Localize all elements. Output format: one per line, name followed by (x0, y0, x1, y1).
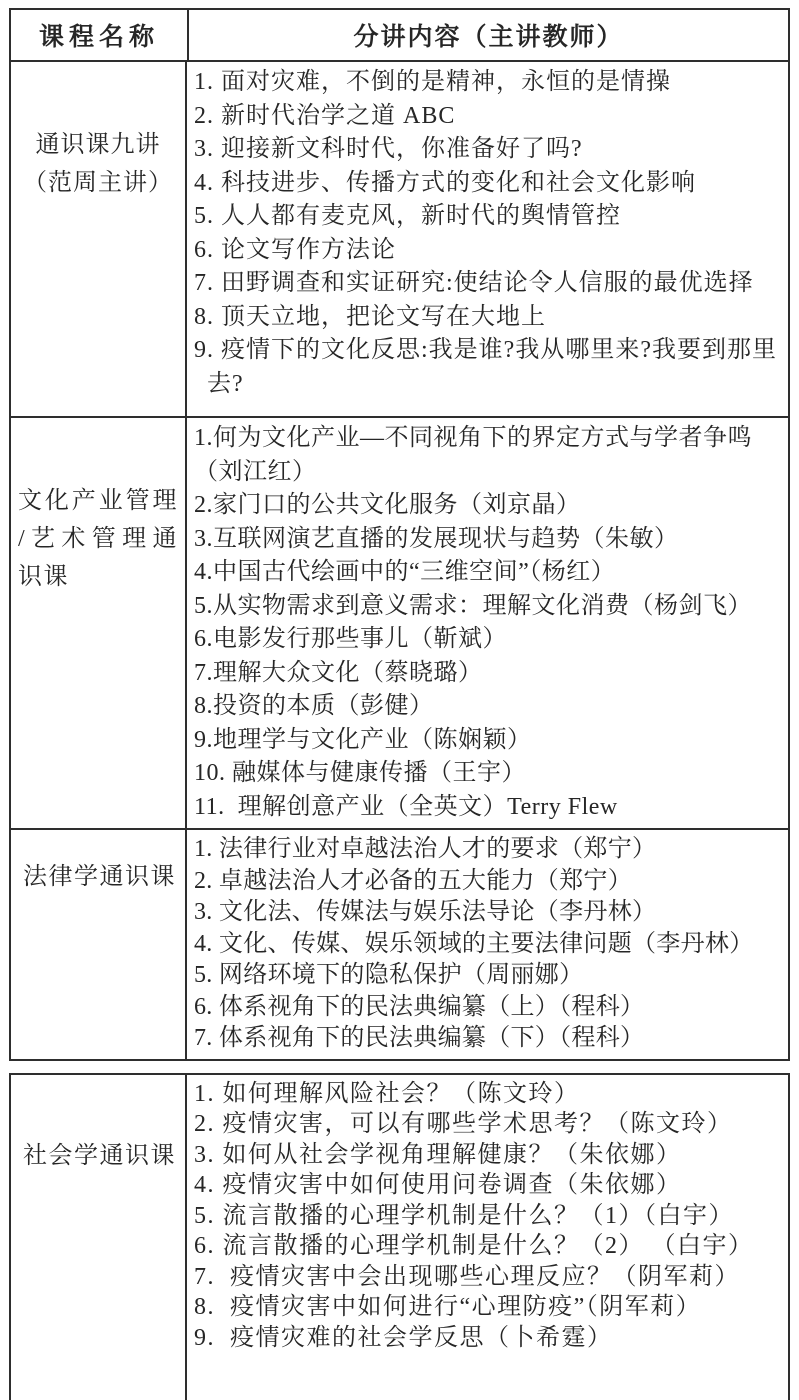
lecture-item: 4. 疫情灾害中如何使用问卷调查（朱依娜） (194, 1170, 784, 1201)
lecture-item: 4. 文化、传媒、娱乐领域的主要法律问题（李丹林） (194, 929, 784, 961)
lecture-item: 4.中国古代绘画中的“三维空间”（杨红） (194, 556, 784, 590)
course-row: 法律学通识课1. 法律行业对卓越法治人才的要求（郑宁）2. 卓越法治人才必备的五… (11, 828, 788, 1059)
course-row: 文化产业管理/艺术管理通识课1.何为文化产业—不同视角下的界定方式与学者争鸣（刘… (11, 416, 788, 828)
lecture-item: 5.从实物需求到意义需求：理解文化消费（杨剑飞） (194, 590, 784, 624)
lecture-item: 9. 疫情下的文化反思:我是谁?我从哪里来?我要到那里去? (194, 334, 784, 401)
lecture-item: 9. 疫情灾难的社会学反思（卜希霆） (194, 1323, 784, 1354)
course-row: 社会学通识课1. 如何理解风险社会？（陈文玲）2. 疫情灾害，可以有哪些学术思考… (11, 1075, 788, 1400)
lecture-item: 6.电影发行那些事儿（靳斌） (194, 623, 784, 657)
lecture-item: 7. 田野调查和实证研究:使结论令人信服的最优选择 (194, 267, 784, 301)
lecture-item: 2. 新时代治学之道 ABC (194, 100, 784, 134)
course-name-line: 法律学通识课 (23, 858, 185, 896)
lecture-item: 2. 卓越法治人才必备的五大能力（郑宁） (194, 866, 784, 898)
table-upper-body: 通识课九讲（范周主讲）1. 面对灾难，不倒的是精神，永恒的是情操2. 新时代治学… (11, 60, 788, 1059)
table-lower-body: 社会学通识课1. 如何理解风险社会？（陈文玲）2. 疫情灾害，可以有哪些学术思考… (11, 1075, 788, 1400)
content-cell: 1. 法律行业对卓越法治人才的要求（郑宁）2. 卓越法治人才必备的五大能力（郑宁… (187, 830, 788, 1059)
lecture-item: 6. 论文写作方法论 (194, 234, 784, 268)
lecture-item: 11. 理解创意产业（全英文）Terry Flew (194, 791, 784, 825)
course-name-line: 社会学通识课 (23, 1137, 185, 1175)
course-row: 通识课九讲（范周主讲）1. 面对灾难，不倒的是精神，永恒的是情操2. 新时代治学… (11, 60, 788, 416)
lecture-item: 5. 流言散播的心理学机制是什么？（1）（白宇） (194, 1201, 784, 1232)
course-name-line: 识课 (18, 558, 178, 596)
lecture-item: 1.何为文化产业—不同视角下的界定方式与学者争鸣（刘江红） (194, 422, 784, 489)
course-cell: 社会学通识课 (11, 1075, 187, 1400)
lecture-item: 1. 如何理解风险社会？（陈文玲） (194, 1079, 784, 1110)
content-cell: 1. 如何理解风险社会？（陈文玲）2. 疫情灾害，可以有哪些学术思考？（陈文玲）… (187, 1075, 788, 1400)
lecture-item: 3. 如何从社会学视角理解健康？（朱依娜） (194, 1140, 784, 1171)
course-cell: 法律学通识课 (11, 830, 187, 1059)
lecture-item: 9.地理学与文化产业（陈娴颖） (194, 724, 784, 758)
course-table-upper: 课程名称 分讲内容（主讲教师） 通识课九讲（范周主讲）1. 面对灾难，不倒的是精… (9, 8, 790, 1061)
header-lecture-content: 分讲内容（主讲教师） (189, 17, 788, 53)
lecture-item: 3. 迎接新文科时代，你准备好了吗? (194, 133, 784, 167)
course-name-line: 文化产业管理 (18, 482, 178, 520)
lecture-item: 7.理解大众文化（蔡晓璐） (194, 657, 784, 691)
course-table-lower: 社会学通识课1. 如何理解风险社会？（陈文玲）2. 疫情灾害，可以有哪些学术思考… (9, 1073, 790, 1400)
lecture-item: 7. 疫情灾害中会出现哪些心理反应？（阴军莉） (194, 1262, 784, 1293)
header-course-name: 课程名称 (11, 10, 189, 60)
content-cell: 1. 面对灾难，不倒的是精神，永恒的是情操2. 新时代治学之道 ABC3. 迎接… (187, 62, 788, 416)
lecture-item: 6. 体系视角下的民法典编纂（上）（程科） (194, 992, 784, 1024)
content-cell: 1.何为文化产业—不同视角下的界定方式与学者争鸣（刘江红）2.家门口的公共文化服… (187, 418, 788, 828)
lecture-item: 1. 面对灾难，不倒的是精神，永恒的是情操 (194, 66, 784, 100)
course-name-line: （范周主讲） (11, 164, 185, 202)
lecture-item: 10. 融媒体与健康传播（王宇） (194, 757, 784, 791)
lecture-item: 3.互联网演艺直播的发展现状与趋势（朱敏） (194, 523, 784, 557)
course-cell: 文化产业管理/艺术管理通识课 (11, 418, 187, 828)
course-cell: 通识课九讲（范周主讲） (11, 62, 187, 416)
lecture-item: 4. 科技进步、传播方式的变化和社会文化影响 (194, 167, 784, 201)
lecture-item: 1. 法律行业对卓越法治人才的要求（郑宁） (194, 834, 784, 866)
lecture-item: 6. 流言散播的心理学机制是什么？（2） （白宇） (194, 1231, 784, 1262)
lecture-item: 5. 人人都有麦克风，新时代的舆情管控 (194, 200, 784, 234)
lecture-item: 2. 疫情灾害，可以有哪些学术思考？（陈文玲） (194, 1109, 784, 1140)
course-name-line: 通识课九讲 (11, 126, 185, 164)
lecture-item: 7. 体系视角下的民法典编纂（下）（程科） (194, 1023, 784, 1055)
page: 课程名称 分讲内容（主讲教师） 通识课九讲（范周主讲）1. 面对灾难，不倒的是精… (0, 0, 799, 1400)
lecture-item: 8. 顶天立地，把论文写在大地上 (194, 301, 784, 335)
lecture-item: 8. 疫情灾害中如何进行“心理防疫”（阴军莉） (194, 1292, 784, 1323)
course-name-line: /艺术管理通 (18, 520, 178, 558)
lecture-item: 8.投资的本质（彭健） (194, 690, 784, 724)
header-row: 课程名称 分讲内容（主讲教师） (11, 10, 788, 60)
lecture-item: 3. 文化法、传媒法与娱乐法导论（李丹林） (194, 897, 784, 929)
lecture-item: 2.家门口的公共文化服务（刘京晶） (194, 489, 784, 523)
lecture-item: 5. 网络环境下的隐私保护（周丽娜） (194, 960, 784, 992)
